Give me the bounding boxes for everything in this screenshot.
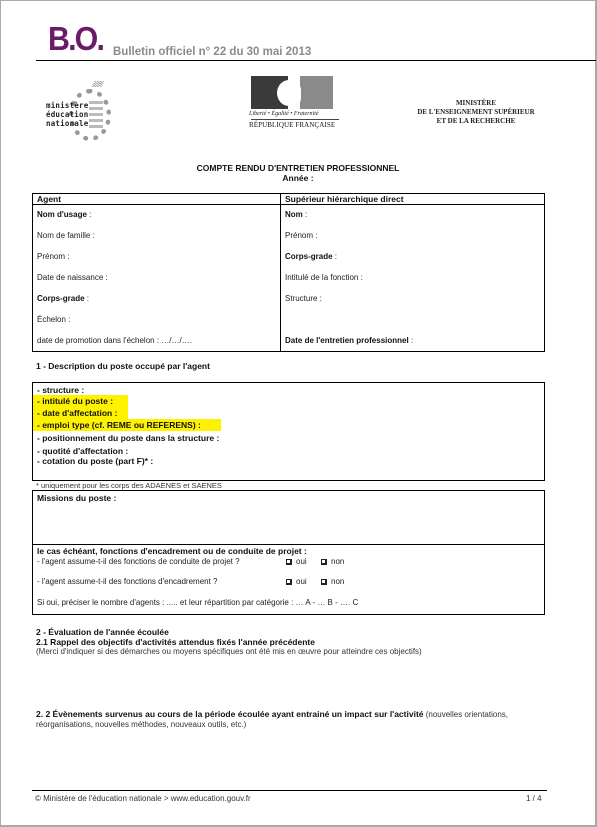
field-suffix: : [409,336,413,345]
poste-field: - structure : [37,385,84,395]
checkbox-icon [321,579,327,585]
men-text: ministère éducation nationale [46,101,88,128]
ministry-line-3: ET DE LA RECHERCHE [401,117,551,126]
field-label: Corps-grade : [37,294,89,303]
checkbox-icon [286,579,292,585]
section-2-2-title: 2. 2 Évènements survenus au cours de la … [36,709,424,719]
rf-motto: Liberté • Égalité • Fraternité [249,111,341,117]
section-1-title: 1 - Description du poste occupé par l'ag… [36,361,210,371]
e-bars-decoration [89,101,103,131]
field-label: Structure : [285,294,322,303]
field-suffix: : [303,210,307,219]
field-label: Date de l'entretien professionnel : [285,336,413,345]
poste-field: - emploi type (cf. REME ou REFERENS) : [37,420,201,430]
document-title: COMPTE RENDU D'ENTRETIEN PROFESSIONNEL A… [1,163,595,183]
poste-field: - quotité d'affectation : [37,446,128,456]
section-2-1-title: 2.1 Rappel des objectifs d'activités att… [36,637,315,647]
poste-description-box: - structure :- intitulé du poste :- date… [32,382,545,481]
field-label-bold: Corps-grade [37,294,85,303]
field-label: Date de naissance : [37,273,108,282]
missions-box: Missions du poste : [32,490,545,544]
field-label: Prénom : [285,231,317,240]
field-suffix: : [85,294,89,303]
question-conduite-projet: - l'agent assume-t-il des fonctions de c… [37,557,240,566]
checkbox-projet-oui[interactable]: oui [286,557,307,566]
oui-label: oui [296,557,307,566]
field-label: Échelon : [37,315,70,324]
section-2-1-note: (Merci d'indiquer si des démarches ou mo… [36,647,422,656]
checkbox-icon [321,559,327,565]
field-label-bold: Corps-grade [285,252,333,261]
poste-field: - date d'affectation : [37,408,117,418]
checkbox-encadrement-oui[interactable]: oui [286,577,307,586]
agent-column: Agent Nom d'usage :Nom de famille :Préno… [33,194,281,351]
checkbox-projet-non[interactable]: non [321,557,344,566]
section-2-title: 2 - Évaluation de l'année écoulée [36,627,169,637]
question-encadrement: - l'agent assume-t-il des fonctions d'en… [37,577,217,586]
field-label: Prénom : [37,252,69,261]
section-2-2-note: (nouvelles orientations, [424,710,509,719]
field-label: Nom d'usage : [37,210,91,219]
section-2-2: 2. 2 Évènements survenus au cours de la … [36,709,508,719]
field-label: Intitulé de la fonction : [285,273,363,282]
non-label: non [331,577,344,586]
men-line-2: éducation [46,110,88,119]
field-label: Nom de famille : [37,231,95,240]
superieur-column: Supérieur hiérarchique direct Nom :Préno… [281,194,544,351]
field-label-bold: Date de l'entretien professionnel [285,336,409,345]
page-number: 1 / 4 [526,794,542,803]
field-label-bold: Nom d'usage [37,210,87,219]
field-label-bold: Nom [285,210,303,219]
rf-divider [251,119,339,120]
field-label: date de promotion dans l'échelon : …/…/…… [37,336,192,345]
encadrement-box: le cas échéant, fonctions d'encadrement … [32,544,545,615]
section-2-2-note-cont: réorganisations, nouvelles méthodes, nou… [36,720,246,729]
republique-francaise-logo: Liberté • Égalité • Fraternité RÉPUBLIQU… [247,76,347,131]
agent-header: Agent [33,194,280,205]
non-label: non [331,557,344,566]
field-suffix: : [87,210,91,219]
bulletin-title: Bulletin officiel n° 22 du 30 mai 2013 [113,46,311,58]
oui-label: oui [296,577,307,586]
superieur-header: Supérieur hiérarchique direct [281,194,544,205]
title-main: COMPTE RENDU D'ENTRETIEN PROFESSIONNEL [1,163,595,173]
title-year: Année : [1,173,595,183]
document-page: B.O. Bulletin officiel n° 22 du 30 mai 2… [1,1,595,825]
checkbox-encadrement-non[interactable]: non [321,577,344,586]
header-rule [36,60,596,61]
marianne-profile-icon [277,80,301,106]
men-line-1: ministère [46,101,88,110]
ministry-line-2: DE L'ENSEIGNEMENT SUPÉRIEUR [401,108,551,117]
field-suffix: : [333,252,337,261]
field-label: Corps-grade : [285,252,337,261]
field-label: Nom : [285,210,307,219]
poste-field: - positionnement du poste dans la struct… [37,433,219,443]
bo-logo: B.O. [48,22,103,56]
checkbox-icon [286,559,292,565]
ministere-education-logo: ministère éducation nationale [41,81,121,151]
footnote: * uniquement pour les corps des ADAENES … [36,481,222,490]
men-line-3: nationale [46,119,88,128]
poste-field: - intitulé du poste : [37,396,113,406]
encadrement-title: le cas échéant, fonctions d'encadrement … [37,546,307,556]
repartition-agents: Si oui, préciser le nombre d'agents : ..… [37,598,358,607]
ministry-line-1: MINISTÈRE [401,99,551,108]
rf-name: RÉPUBLIQUE FRANÇAISE [249,121,341,129]
ministere-enseignement-superieur: MINISTÈRE DE L'ENSEIGNEMENT SUPÉRIEUR ET… [401,99,551,126]
footer-copyright: © Ministère de l'éducation nationale > w… [35,794,251,803]
poste-field: - cotation du poste (part F)* : [37,456,153,466]
accent-decoration [91,81,104,87]
footer-rule [32,790,547,791]
agent-table: Agent Nom d'usage :Nom de famille :Préno… [32,193,545,352]
